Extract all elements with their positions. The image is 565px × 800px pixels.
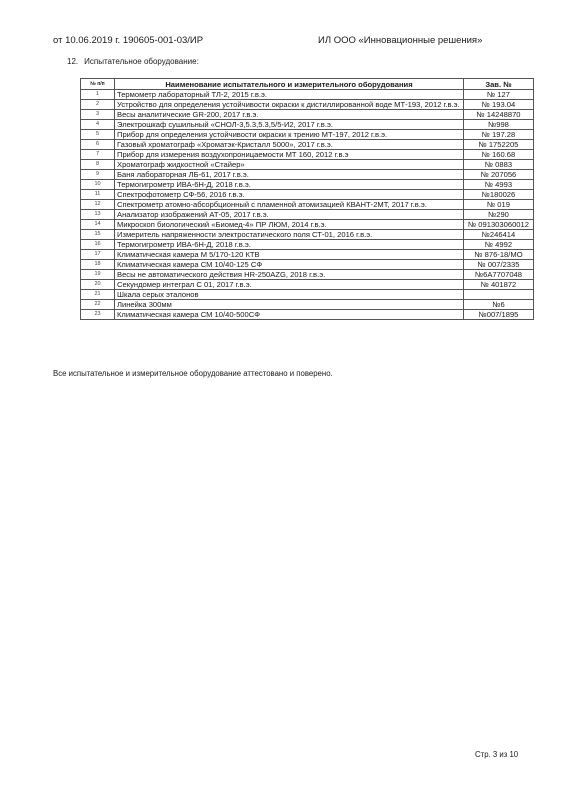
serial-number <box>464 290 534 300</box>
serial-number: № 876-18/МО <box>464 250 534 260</box>
equipment-name: Прибор для измерения воздухопроницаемост… <box>115 150 464 160</box>
row-number: 23 <box>81 310 115 320</box>
serial-number: №998 <box>464 120 534 130</box>
row-number: 15 <box>81 230 115 240</box>
equipment-name: Хроматограф жидкостной «Стайер» <box>115 160 464 170</box>
row-number: 11 <box>81 190 115 200</box>
equipment-name: Анализатор изображений АТ-05, 2017 г.в.э… <box>115 210 464 220</box>
equipment-name: Линейка 300мм <box>115 300 464 310</box>
table-row: 11Спектрофотометр СФ-56, 2016 г.в.э.№180… <box>81 190 534 200</box>
table-row: 21Шкала серых эталонов <box>81 290 534 300</box>
equipment-name: Шкала серых эталонов <box>115 290 464 300</box>
row-number: 1 <box>81 90 115 100</box>
row-number: 14 <box>81 220 115 230</box>
serial-number: №6 <box>464 300 534 310</box>
section-title: Испытательное оборудование: <box>84 57 199 66</box>
serial-number: № 207056 <box>464 170 534 180</box>
table-row: 2Устройство для определения устойчивости… <box>81 100 534 110</box>
table-row: 5Прибор для определения устойчивости окр… <box>81 130 534 140</box>
table-row: 9Баня лабораторная ЛБ-61, 2017 г.в.э.№ 2… <box>81 170 534 180</box>
row-number: 9 <box>81 170 115 180</box>
row-number: 8 <box>81 160 115 170</box>
table-header-row: № п/п Наименование испытательного и изме… <box>81 79 534 90</box>
serial-number: № 0883 <box>464 160 534 170</box>
serial-number: № 1752205 <box>464 140 534 150</box>
equipment-table: № п/п Наименование испытательного и изме… <box>80 78 534 320</box>
page-number: Стр. 3 из 10 <box>475 750 518 759</box>
row-number: 10 <box>81 180 115 190</box>
serial-number: № 401872 <box>464 280 534 290</box>
serial-number: №180026 <box>464 190 534 200</box>
serial-number: № 14248870 <box>464 110 534 120</box>
serial-number: № 091303060012 <box>464 220 534 230</box>
equipment-name: Климатическая камера СМ 10/40-500СФ <box>115 310 464 320</box>
equipment-name: Спектрометр атомно-абсорбционный с пламе… <box>115 200 464 210</box>
row-number: 7 <box>81 150 115 160</box>
equipment-name: Термогигрометр ИВА-6Н-Д, 2018 г.в.э. <box>115 180 464 190</box>
equipment-name: Климатическая камера СМ 10/40-125 СФ <box>115 260 464 270</box>
row-number: 12 <box>81 200 115 210</box>
table-row: 18Климатическая камера СМ 10/40-125 СФ№ … <box>81 260 534 270</box>
table-row: 15Измеритель напряженности электростатич… <box>81 230 534 240</box>
row-number: 17 <box>81 250 115 260</box>
equipment-name: Термометр лабораторный ТЛ-2, 2015 г.в.э. <box>115 90 464 100</box>
serial-number: №246414 <box>464 230 534 240</box>
table-row: 1Термометр лабораторный ТЛ-2, 2015 г.в.э… <box>81 90 534 100</box>
column-header-serial: Зав. № <box>464 79 534 90</box>
equipment-name: Весы не автоматического действия HR-250A… <box>115 270 464 280</box>
table-row: 23Климатическая камера СМ 10/40-500СФ№00… <box>81 310 534 320</box>
equipment-name: Микроскоп биологический «Биомед-4» ПР ЛЮ… <box>115 220 464 230</box>
table-row: 17Климатическая камера М 5/170-120 КТВ№ … <box>81 250 534 260</box>
row-number: 18 <box>81 260 115 270</box>
row-number: 19 <box>81 270 115 280</box>
row-number: 3 <box>81 110 115 120</box>
table-row: 4Электрошкаф сушильный «СНОЛ-3,5.3,5.3,5… <box>81 120 534 130</box>
equipment-name: Измеритель напряженности электростатичес… <box>115 230 464 240</box>
equipment-name: Весы аналитические GR-200, 2017 г.в.э. <box>115 110 464 120</box>
serial-number: № 4993 <box>464 180 534 190</box>
serial-number: №6А7707048 <box>464 270 534 280</box>
serial-number: № 019 <box>464 200 534 210</box>
table-row: 20Секундомер интеграл С 01, 2017 г.в.э.№… <box>81 280 534 290</box>
table-row: 10Термогигрометр ИВА-6Н-Д, 2018 г.в.э.№ … <box>81 180 534 190</box>
equipment-name: Электрошкаф сушильный «СНОЛ-3,5.3,5.3,5/… <box>115 120 464 130</box>
equipment-name: Термогигрометр ИВА-6Н-Д, 2018 г.в.э. <box>115 240 464 250</box>
serial-number: № 127 <box>464 90 534 100</box>
serial-number: № 193.04 <box>464 100 534 110</box>
table-row: 6Газовый хроматограф «Хроматэк-Кристалл … <box>81 140 534 150</box>
row-number: 2 <box>81 100 115 110</box>
row-number: 21 <box>81 290 115 300</box>
row-number: 4 <box>81 120 115 130</box>
table-body: 1Термометр лабораторный ТЛ-2, 2015 г.в.э… <box>81 90 534 320</box>
serial-number: № 4992 <box>464 240 534 250</box>
equipment-name: Баня лабораторная ЛБ-61, 2017 г.в.э. <box>115 170 464 180</box>
row-number: 22 <box>81 300 115 310</box>
table-row: 3Весы аналитические GR-200, 2017 г.в.э.№… <box>81 110 534 120</box>
column-header-number: № п/п <box>81 79 115 90</box>
equipment-name: Климатическая камера М 5/170-120 КТВ <box>115 250 464 260</box>
table-row: 13Анализатор изображений АТ-05, 2017 г.в… <box>81 210 534 220</box>
organization-name: ИЛ ООО «Инновационные решения» <box>318 35 482 46</box>
serial-number: № 160.68 <box>464 150 534 160</box>
table-row: 22Линейка 300мм№6 <box>81 300 534 310</box>
certification-note: Все испытательное и измерительное оборуд… <box>53 369 333 378</box>
equipment-name: Секундомер интеграл С 01, 2017 г.в.э. <box>115 280 464 290</box>
serial-number: №007/1895 <box>464 310 534 320</box>
table-row: 19Весы не автоматического действия HR-25… <box>81 270 534 280</box>
table-row: 8Хроматограф жидкостной «Стайер»№ 0883 <box>81 160 534 170</box>
section-number: 12. <box>67 57 78 66</box>
serial-number: № 197.28 <box>464 130 534 140</box>
equipment-name: Устройство для определения устойчивости … <box>115 100 464 110</box>
section-heading: 12.Испытательное оборудование: <box>67 57 199 66</box>
table-row: 7Прибор для измерения воздухопроницаемос… <box>81 150 534 160</box>
column-header-name: Наименование испытательного и измеритель… <box>115 79 464 90</box>
table-row: 16Термогигрометр ИВА-6Н-Д, 2018 г.в.э.№ … <box>81 240 534 250</box>
equipment-name: Газовый хроматограф «Хроматэк-Кристалл 5… <box>115 140 464 150</box>
serial-number: № 007/2335 <box>464 260 534 270</box>
equipment-name: Спектрофотометр СФ-56, 2016 г.в.э. <box>115 190 464 200</box>
row-number: 6 <box>81 140 115 150</box>
equipment-name: Прибор для определения устойчивости окра… <box>115 130 464 140</box>
row-number: 20 <box>81 280 115 290</box>
serial-number: №290 <box>464 210 534 220</box>
row-number: 13 <box>81 210 115 220</box>
row-number: 5 <box>81 130 115 140</box>
table-row: 12Спектрометр атомно-абсорбционный с пла… <box>81 200 534 210</box>
document-reference: от 10.06.2019 г. 190605-001-03/ИР <box>53 35 203 46</box>
row-number: 16 <box>81 240 115 250</box>
table-row: 14Микроскоп биологический «Биомед-4» ПР … <box>81 220 534 230</box>
